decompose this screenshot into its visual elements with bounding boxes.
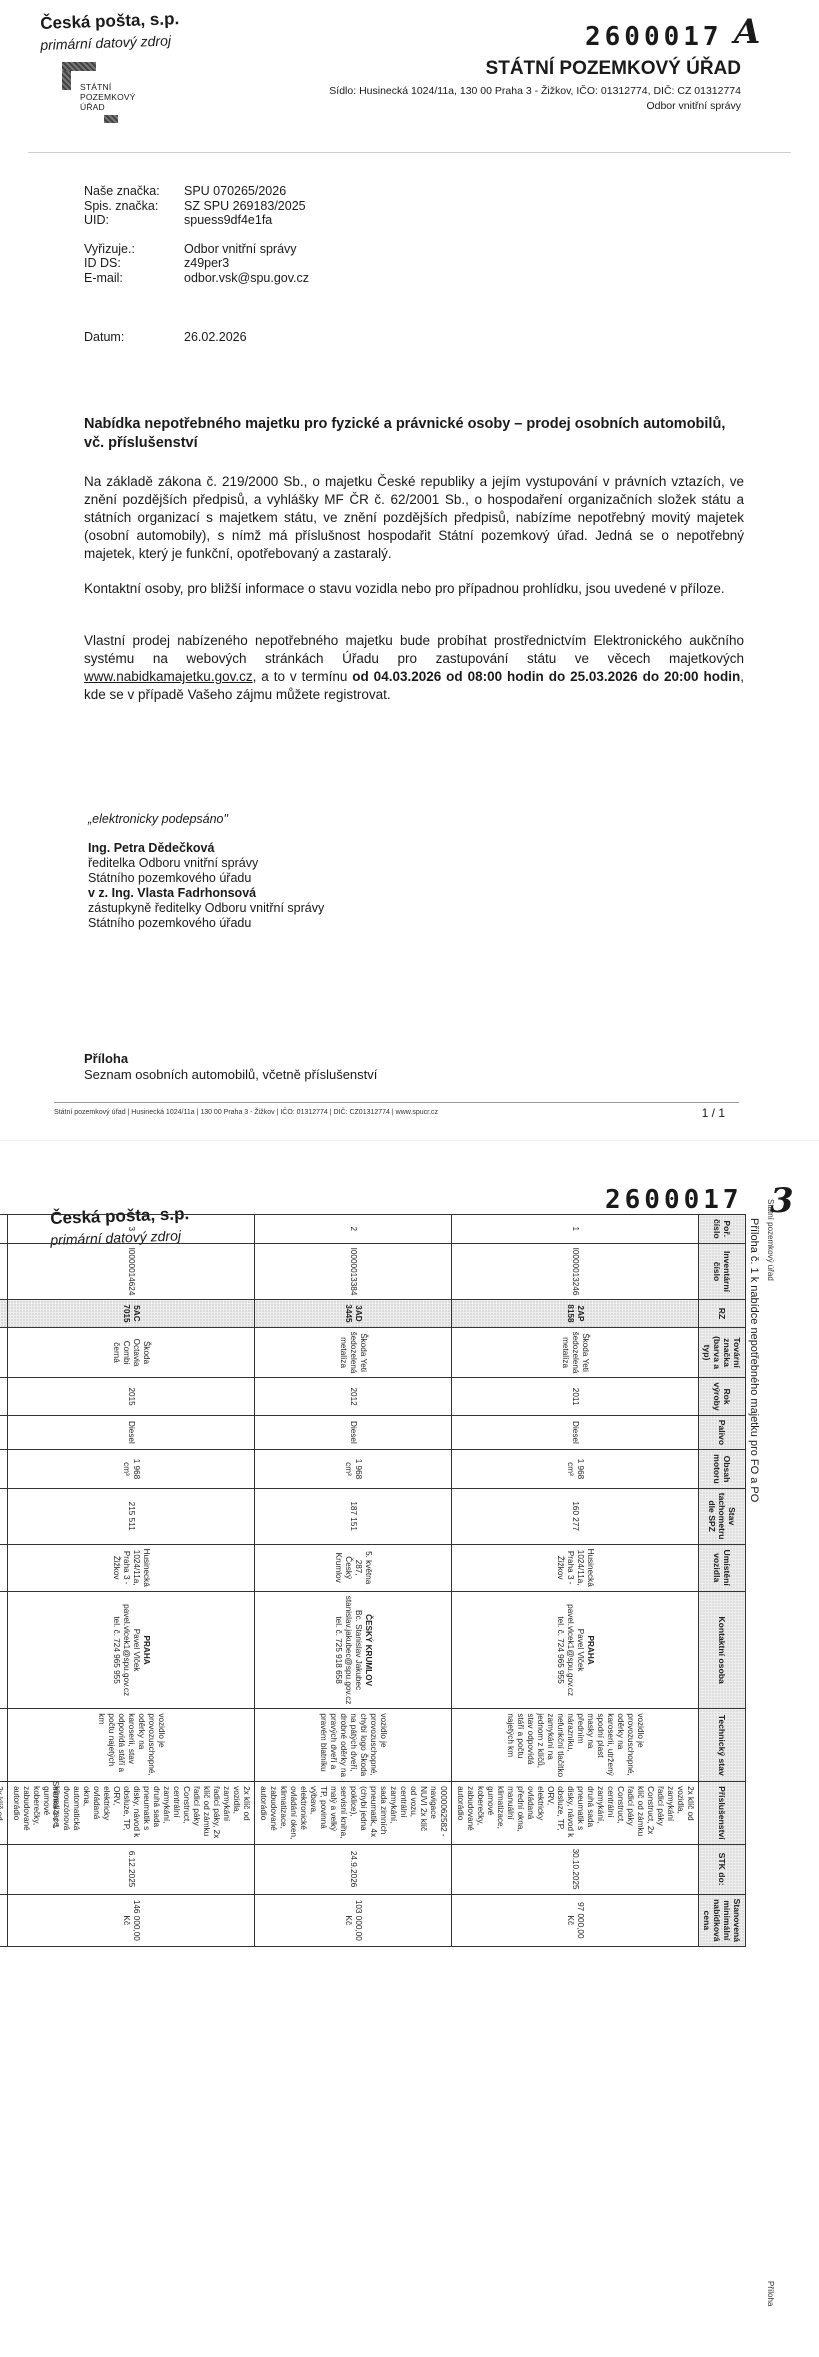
meta-label: Spis. značka: — [84, 199, 184, 214]
cell-kontakt: ČESKÝ KRUMLOVBc. Stanislav Jakubecstanis… — [255, 1591, 452, 1709]
cell-obsah: 1 968 cm³ — [255, 1450, 452, 1489]
handwritten-mark: A — [734, 12, 760, 52]
electronic-signature-note: „elektronicky podepsáno" — [88, 812, 324, 827]
cell-rok: 2015 — [8, 1378, 255, 1415]
cell-cena: 129 000,00 Kč — [0, 1894, 8, 1946]
meta-label: ID DS: — [84, 256, 184, 271]
cell-palivo: Diesel — [452, 1415, 699, 1450]
cell-rz: 5AC 7015 — [8, 1300, 255, 1327]
paragraph-text: Vlastní prodej nabízeného nepotřebného m… — [84, 633, 744, 666]
auction-website-link[interactable]: www.nabidkamajetku.gov.cz — [84, 669, 253, 684]
meta-value: Odbor vnitřní správy — [184, 242, 297, 257]
subject-heading: Nabídka nepotřebného majetku pro fyzické… — [84, 415, 744, 453]
cell-rok: 2011 — [452, 1378, 699, 1415]
body-paragraph-1: Na základě zákona č. 219/2000 Sb., o maj… — [84, 473, 744, 563]
cell-technicky_stav: vozidlo je provozuschopné, při vyšších r… — [0, 1709, 8, 1782]
logo-text: STÁTNÍ POZEMKOVÝ ÚŘAD — [80, 82, 136, 112]
cell-tachometr: 187 151 — [255, 1488, 452, 1544]
logo-line: STÁTNÍ — [80, 82, 136, 92]
spu-logo: STÁTNÍ POZEMKOVÝ ÚŘAD — [62, 62, 162, 122]
cell-technicky_stav: vozidlo je provozuschopné, oděrky na kar… — [452, 1709, 699, 1782]
cell-tachometr: 215 511 — [8, 1488, 255, 1544]
contact-email[interactable]: pavel.vlcek1@spu.gov.cz — [121, 1596, 131, 1705]
column-header: Technický stav — [699, 1709, 746, 1782]
cell-znacka: Škoda Octavia Combi černá — [8, 1327, 255, 1378]
organization-name: STÁTNÍ POZEMKOVÝ ÚŘAD — [486, 58, 741, 80]
cell-obsah: 1 968 cm³ — [8, 1450, 255, 1489]
logo-mark-side — [62, 71, 71, 90]
reference-block: Naše značka:SPU 070265/2026 Spis. značka… — [84, 184, 309, 285]
column-header: Umístění vozidla — [699, 1544, 746, 1591]
cell-obsah: 1 968 cm³ — [452, 1450, 699, 1489]
contact-name: Pavel Vlček — [131, 1596, 141, 1705]
cell-stk: 24.9.2026 — [255, 1844, 452, 1894]
footer-divider — [54, 1102, 739, 1103]
meta-row: E-mail:odbor.vsk@spu.gov.cz — [84, 271, 309, 286]
contact-city: PRAHA — [141, 1596, 151, 1705]
cell-kontakt: PRAHAPavel Vlčekpavel.vlcek1@spu.gov.czt… — [8, 1591, 255, 1709]
cell-znacka: Škoda Octavia černá — [0, 1327, 8, 1378]
table-row: 2I00000133843AD 3445Škoda Yeti šedozelen… — [255, 1215, 452, 1947]
meta-label: Vyřizuje.: — [84, 242, 184, 257]
cell-poradi: 4 — [0, 1215, 8, 1244]
column-header: Tovární značka (barva a typ) — [699, 1327, 746, 1378]
contact-name: Pavel Vlček — [575, 1596, 585, 1705]
cell-palivo: Benzín + CNG — [0, 1415, 8, 1450]
ceska-posta-title: Česká pošta, s.p. — [40, 9, 180, 34]
contact-city: ČESKÝ KRUMLOV — [363, 1596, 373, 1705]
attachment-title: Příloha — [84, 1051, 377, 1067]
cell-palivo: Diesel — [8, 1415, 255, 1450]
cell-inventarni: I0000014624 — [8, 1243, 255, 1300]
cell-prislusenstvi: 2x klíč od vozidla, zamykání řadicí páky… — [0, 1782, 8, 1845]
cell-prislusenstvi: 2x klíč od vozidla, zamykání řadicí páky… — [452, 1782, 699, 1845]
contact-phone: tel. č. 724 965 955 — [555, 1596, 565, 1705]
cell-poradi: 3 — [8, 1215, 255, 1244]
cell-cena: 146 000,00 Kč — [8, 1894, 255, 1946]
document-number: 2600017 — [585, 22, 723, 52]
body-paragraph-2: Kontaktní osoby, pro bližší informace o … — [84, 580, 744, 598]
page-number: 1 / 1 — [702, 1106, 725, 1120]
email-value[interactable]: odbor.vsk@spu.gov.cz — [184, 271, 309, 286]
cell-inventarni: I0000013246 — [452, 1243, 699, 1300]
organization-department: Odbor vnitřní správy — [646, 100, 741, 112]
cell-palivo: Diesel — [255, 1415, 452, 1450]
attachment-block: Příloha Seznam osobních automobilů, včet… — [84, 1051, 377, 1083]
signer-organization: Státního pozemkového úřadu — [88, 916, 324, 931]
column-header: Kontaktní osoba — [699, 1591, 746, 1709]
cell-poradi: 1 — [452, 1215, 699, 1244]
signer-name: Ing. Petra Dědečková — [88, 841, 324, 856]
logo-mark-bottom — [104, 115, 118, 123]
header-divider — [28, 152, 791, 153]
paragraph-text: , a to v termínu — [253, 669, 353, 684]
column-header: Stav tachometru dle SPZ — [699, 1488, 746, 1544]
column-header: Obsah motoru — [699, 1450, 746, 1489]
cell-znacka: Škoda Yeti šedozelená metalíza — [255, 1327, 452, 1378]
signature-block: „elektronicky podepsáno" Ing. Petra Děde… — [88, 812, 324, 931]
cell-prislusenstvi: 0000062582 - navigace NUVI 2x klíč od vo… — [255, 1782, 452, 1845]
cell-technicky_stav: vozidlo je provozuschopné, oděrky na kar… — [8, 1709, 255, 1782]
side-priloha: Příloha — [766, 2281, 775, 2306]
body-paragraph-3: Vlastní prodej nabízeného nepotřebného m… — [84, 632, 744, 704]
meta-label: Datum: — [84, 330, 184, 345]
cell-umisteni: 5. května 287, Český Krumlov — [255, 1544, 452, 1591]
cell-stk: 29.10.2026 — [0, 1844, 8, 1894]
vehicle-table: Poř. čísloInventární čísloRZTovární znač… — [0, 1214, 746, 1947]
footer-text: Státní pozemkový úřad | Husinecká 1024/1… — [54, 1109, 438, 1116]
logo-line: ÚŘAD — [80, 102, 136, 112]
meta-value: spuess9df4e1fa — [184, 213, 272, 228]
signer-role: zástupkyně ředitelky Odboru vnitřní sprá… — [88, 901, 324, 916]
column-header: Palivo — [699, 1415, 746, 1450]
meta-value: SPU 070265/2026 — [184, 184, 286, 199]
table-header-row: Poř. čísloInventární čísloRZTovární znač… — [699, 1215, 746, 1947]
date-value: 26.02.2026 — [184, 330, 247, 345]
contact-email[interactable]: stanislav.jakubec@spu.gov.cz — [343, 1596, 353, 1705]
letter-page: Česká pošta, s.p. primární datový zdroj … — [0, 0, 819, 1140]
meta-label: E-mail: — [84, 271, 184, 286]
column-header: Stanovená minimální nabídková cena — [699, 1894, 746, 1946]
column-header: STK do: — [699, 1844, 746, 1894]
column-header: Poř. číslo — [699, 1215, 746, 1244]
signer-role: ředitelka Odboru vnitřní správy — [88, 856, 324, 871]
column-header: Příslušenství — [699, 1782, 746, 1845]
cell-rok: 2012 — [255, 1378, 452, 1415]
cell-znacka: Škoda Yeti šedozelená metalíza — [452, 1327, 699, 1378]
meta-row: Datum:26.02.2026 — [84, 330, 247, 345]
table-row: 3I00000146245AC 7015Škoda Octavia Combi … — [8, 1215, 255, 1947]
meta-row: Vyřizuje.:Odbor vnitřní správy — [84, 242, 309, 257]
date-block: Datum:26.02.2026 — [84, 330, 247, 345]
table-row: 4I00000147705AK 2572Škoda Octavia černá2… — [0, 1215, 8, 1947]
signer-organization: Státního pozemkového úřadu — [88, 871, 324, 886]
document-number: 2600017 — [605, 1185, 743, 1215]
cell-inventarni: I0000013384 — [255, 1243, 452, 1300]
table-row: 1I00000132462AP 8158Škoda Yeti šedozelen… — [452, 1215, 699, 1947]
contact-phone: tel. č. 724 965 955 — [111, 1596, 121, 1705]
cell-technicky_stav: vozidlo je provozuschopné, chybí logo Šk… — [255, 1709, 452, 1782]
cell-rok: 2016 — [0, 1378, 8, 1415]
cell-stk: 6.12.2025 — [8, 1844, 255, 1894]
attachment-text: Seznam osobních automobilů, včetně přísl… — [84, 1067, 377, 1083]
contact-phone: tel. č. 725 918 658 — [333, 1596, 343, 1705]
column-header: RZ — [699, 1300, 746, 1327]
logo-mark-top — [62, 62, 96, 71]
signer-name: v z. Ing. Vlasta Fadrhonsová — [88, 886, 324, 901]
meta-value: z49per3 — [184, 256, 229, 271]
side-organization: Státní pozemkový úřad — [766, 1199, 775, 1281]
cell-stk: 30.10.2025 — [452, 1844, 699, 1894]
cell-cena: 97 000,00 Kč — [452, 1894, 699, 1946]
cell-prislusenstvi: 2x klíč od vozidla, zamykání řadicí páky… — [8, 1782, 255, 1845]
cell-rz: 2AP 8158 — [452, 1300, 699, 1327]
meta-value: SZ SPU 269183/2025 — [184, 199, 306, 214]
cell-kontakt: PRAHAPavel Vlčekpavel.vlcek1@spu.gov.czt… — [0, 1591, 8, 1709]
cell-umisteni: Husinecká 1024/11a, Praha 3 - Žižkov — [0, 1544, 8, 1591]
cell-rz: 3AD 3445 — [255, 1300, 452, 1327]
cell-cena: 103 000,00 Kč — [255, 1894, 452, 1946]
contact-email[interactable]: pavel.vlcek1@spu.gov.cz — [565, 1596, 575, 1705]
vehicle-table-rotated: Příloha č. 1 k nabídce nepotřebného maje… — [0, 1214, 760, 1947]
cell-kontakt: PRAHAPavel Vlčekpavel.vlcek1@spu.gov.czt… — [452, 1591, 699, 1709]
meta-row: ID DS:z49per3 — [84, 256, 309, 271]
cell-tachometr: 161 203 — [0, 1488, 8, 1544]
meta-label: UID: — [84, 213, 184, 228]
cell-umisteni: Husinecká 1024/11a, Praha 3 - Žižkov — [452, 1544, 699, 1591]
cell-poradi: 2 — [255, 1215, 452, 1244]
column-header: Inventární číslo — [699, 1243, 746, 1300]
cell-inventarni: I0000014770 — [0, 1243, 8, 1300]
logo-line: POZEMKOVÝ — [80, 92, 136, 102]
table-caption: Příloha č. 1 k nabídce nepotřebného maje… — [748, 1218, 760, 1947]
cell-umisteni: Husinecká 1024/11a, Praha 3 - Žižkov — [8, 1544, 255, 1591]
contact-city: PRAHA — [585, 1596, 595, 1705]
cell-obsah: 1 395 cm³ — [0, 1450, 8, 1489]
contact-name: Bc. Stanislav Jakubec — [353, 1596, 363, 1705]
meta-label: Naše značka: — [84, 184, 184, 199]
meta-row: Naše značka:SPU 070265/2026 — [84, 184, 309, 199]
ceska-posta-subtitle: primární datový zdroj — [40, 32, 171, 53]
meta-row: UID:spuess9df4e1fa — [84, 213, 309, 228]
auction-term: od 04.03.2026 od 08:00 hodin do 25.03.20… — [352, 669, 740, 684]
attachment-page: Česká pošta, s.p. primární datový zdroj … — [0, 1140, 819, 2357]
column-header: Rok výroby — [699, 1378, 746, 1415]
meta-row: Spis. značka:SZ SPU 269183/2025 — [84, 199, 309, 214]
cell-rz: 5AK 2572 — [0, 1300, 8, 1327]
organization-address: Sídlo: Husinecká 1024/11a, 130 00 Praha … — [329, 85, 741, 97]
cell-tachometr: 160 277 — [452, 1488, 699, 1544]
